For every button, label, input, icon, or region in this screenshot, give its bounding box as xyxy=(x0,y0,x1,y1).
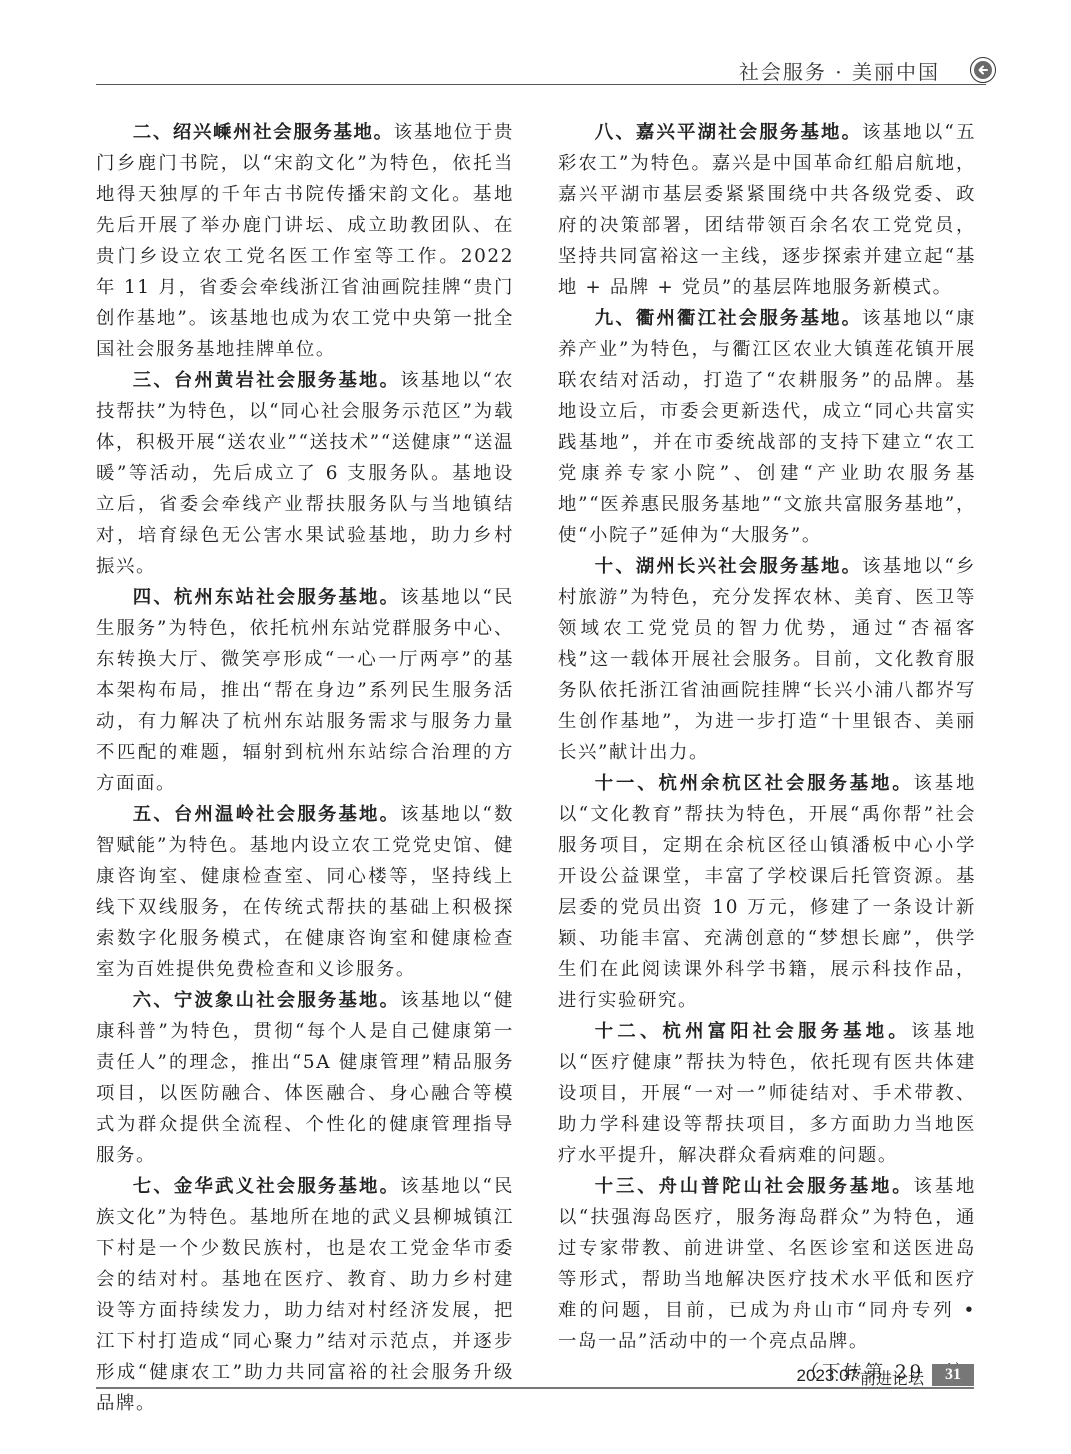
section-paragraph: 十三、舟山普陀山社会服务基地。该基地以“扶强海岛医疗，服务海岛群众”为特色，通过… xyxy=(558,1171,976,1357)
running-head: 社会服务 · 美丽中国 xyxy=(739,56,940,85)
section-paragraph: 六、宁波象山社会服务基地。该基地以“健康科普”为特色，贯彻“每个人是自己健康第一… xyxy=(96,985,514,1171)
section-body: 该基地以“民生服务”为特色，依托杭州东站党群服务中心、东转换大厅、微笑亭形成“一… xyxy=(96,587,514,794)
section-heading: 三、台州黄岩社会服务基地。 xyxy=(133,370,400,391)
section-body: 该基地以“康养产业”为特色，与衢江区农业大镇莲花镇开展联农结对活动，打造了“农耕… xyxy=(558,308,976,546)
section-heading: 二、绍兴嵊州社会服务基地。 xyxy=(133,122,394,143)
section-paragraph: 三、台州黄岩社会服务基地。该基地以“农技帮扶”为特色，以“同心社会服务示范区”为… xyxy=(96,365,514,582)
right-column: 八、嘉兴平湖社会服务基地。该基地以“五彩农工”为特色。嘉兴是中国革命红船启航地，… xyxy=(558,117,976,1388)
section-body: 该基地以“数智赋能”为特色。基地内设立农工党党史馆、健康咨询室、健康检查室、同心… xyxy=(96,804,514,980)
section-body: 该基地以“扶强海岛医疗，服务海岛群众”为特色，通过专家带教、前进讲堂、名医诊室和… xyxy=(558,1176,976,1352)
section-paragraph: 九、衢州衢江社会服务基地。该基地以“康养产业”为特色，与衢江区农业大镇莲花镇开展… xyxy=(558,303,976,551)
section-paragraph: 十一、杭州余杭区社会服务基地。该基地以“文化教育”帮扶为特色，开展“禹你帮”社会… xyxy=(558,768,976,1016)
section-heading: 十、湖州长兴社会服务基地。 xyxy=(595,556,862,577)
section-paragraph: 五、台州温岭社会服务基地。该基地以“数智赋能”为特色。基地内设立农工党党史馆、健… xyxy=(96,799,514,985)
section-heading: 九、衢州衢江社会服务基地。 xyxy=(595,308,862,329)
section-paragraph: 八、嘉兴平湖社会服务基地。该基地以“五彩农工”为特色。嘉兴是中国革命红船启航地，… xyxy=(558,117,976,303)
section-body: 该基地以“健康科普”为特色，贯彻“每个人是自己健康第一责任人”的理念，推出“5A… xyxy=(96,990,514,1166)
magazine-name: 前进论坛 xyxy=(860,1366,924,1389)
section-paragraph: 二、绍兴嵊州社会服务基地。该基地位于贵门乡鹿门书院，以“宋韵文化”为特色，依托当… xyxy=(96,117,514,365)
back-arrow-circle-icon xyxy=(970,57,996,83)
section-body: 该基地以“五彩农工”为特色。嘉兴是中国革命红船启航地，嘉兴平湖市基层委紧紧围绕中… xyxy=(558,122,976,298)
footer-rule xyxy=(96,1387,974,1389)
section-heading: 十一、杭州余杭区社会服务基地。 xyxy=(595,773,914,794)
separator: · xyxy=(835,60,843,84)
section-heading: 十二、杭州富阳社会服务基地。 xyxy=(595,1021,911,1042)
section-name: 社会服务 xyxy=(739,60,827,84)
header-rule xyxy=(96,84,986,85)
section-body: 该基地位于贵门乡鹿门书院，以“宋韵文化”为特色，依托当地得天独厚的千年古书院传播… xyxy=(96,122,514,360)
section-body: 该基地以“乡村旅游”为特色，充分发挥农林、美育、医卫等领域农工党党员的智力优势，… xyxy=(558,556,976,763)
issue-date: 2023.07 xyxy=(797,1366,858,1386)
section-heading: 七、金华武义社会服务基地。 xyxy=(133,1176,400,1197)
page-footer: 2023.07 前进论坛 31 xyxy=(96,1366,976,1390)
section-paragraph: 四、杭州东站社会服务基地。该基地以“民生服务”为特色，依托杭州东站党群服务中心、… xyxy=(96,582,514,799)
section-paragraph: 十二、杭州富阳社会服务基地。该基地以“医疗健康”帮扶为特色，依托现有医共体建设项… xyxy=(558,1016,976,1171)
column-title: 美丽中国 xyxy=(852,60,940,84)
section-heading: 十三、舟山普陀山社会服务基地。 xyxy=(595,1176,914,1197)
section-body: 该基地以“医疗健康”帮扶为特色，依托现有医共体建设项目，开展“一对一”师徒结对、… xyxy=(558,1021,976,1166)
section-heading: 四、杭州东站社会服务基地。 xyxy=(133,587,400,608)
section-body: 该基地以“文化教育”帮扶为特色，开展“禹你帮”社会服务项目，定期在余杭区径山镇潘… xyxy=(558,773,976,1011)
left-column: 二、绍兴嵊州社会服务基地。该基地位于贵门乡鹿门书院，以“宋韵文化”为特色，依托当… xyxy=(96,117,514,1419)
page-number: 31 xyxy=(932,1364,974,1386)
section-heading: 六、宁波象山社会服务基地。 xyxy=(133,990,400,1011)
section-body: 该基地以“农技帮扶”为特色，以“同心社会服务示范区”为载体，积极开展“送农业”“… xyxy=(96,370,514,577)
section-heading: 八、嘉兴平湖社会服务基地。 xyxy=(595,122,862,143)
section-heading: 五、台州温岭社会服务基地。 xyxy=(133,804,400,825)
section-paragraph: 十、湖州长兴社会服务基地。该基地以“乡村旅游”为特色，充分发挥农林、美育、医卫等… xyxy=(558,551,976,768)
page-header: 社会服务 · 美丽中国 xyxy=(96,52,996,86)
